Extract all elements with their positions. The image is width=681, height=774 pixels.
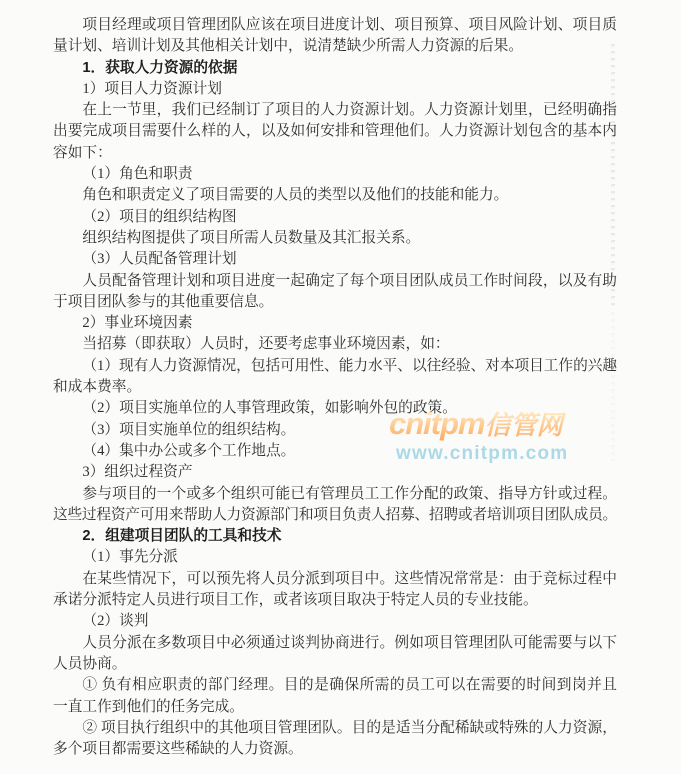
text-line-26: （1）事先分派 <box>53 547 617 568</box>
text-line-16: 当招募（即获取）人员时，还要考虑事业环境因素，如： <box>53 334 617 355</box>
text-line-18: 和成本费率。 <box>53 377 617 398</box>
text-line-27: 在某些情况下，可以预先将人员分派到项目中。这些情况常常是：由于竞标过程中 <box>53 569 617 590</box>
text-line-12: （3）人员配备管理计划 <box>53 249 617 270</box>
text-line-25: 2．组建项目团队的工具和技术 <box>53 526 617 547</box>
text-line-33: 一直工作到他们的任务完成。 <box>53 697 617 718</box>
text-line-5: 在上一节里，我们已经制订了项目的人力资源计划。人力资源计划里，已经明确指 <box>53 100 617 121</box>
text-line-8: （1）角色和职责 <box>53 164 617 185</box>
text-line-14: 于项目团队参与的其他重要信息。 <box>53 292 617 313</box>
text-block: 项目经理或项目管理团队应该在项目进度计划、项目预算、项目风险计划、项目质量计划、… <box>53 15 617 760</box>
text-line-35: 多个项目都需要这些稀缺的人力资源。 <box>53 739 617 760</box>
text-line-11: 组织结构图提供了项目所需人员数量及其汇报关系。 <box>53 228 617 249</box>
text-line-2: 量计划、培训计划及其他相关计划中，说清楚缺少所需人力资源的后果。 <box>53 36 617 57</box>
text-line-30: 人员分派在多数项目中必须通过谈判协商进行。例如项目管理团队可能需要与以下 <box>53 633 617 654</box>
text-line-4: 1）项目人力资源计划 <box>53 79 617 100</box>
text-line-9: 角色和职责定义了项目需要的人员的类型以及他们的技能和能力。 <box>53 185 617 206</box>
text-line-23: 参与项目的一个或多个组织可能已有管理员工工作分配的政策、指导方针或过程。 <box>53 484 617 505</box>
text-line-13: 人员配备管理计划和项目进度一起确定了每个项目团队成员工作时间段，以及有助 <box>53 271 617 292</box>
text-line-15: 2）事业环境因素 <box>53 313 617 334</box>
text-line-29: （2）谈判 <box>53 611 617 632</box>
text-line-22: 3）组织过程资产 <box>53 462 617 483</box>
text-line-34: ② 项目执行组织中的其他项目管理团队。目的是适当分配稀缺或特殊的人力资源， <box>53 718 617 739</box>
text-line-19: （2）项目实施单位的人事管理政策，如影响外包的政策。 <box>53 398 617 419</box>
document-page: 项目经理或项目管理团队应该在项目进度计划、项目预算、项目风险计划、项目质量计划、… <box>0 0 681 774</box>
text-line-32: ① 负有相应职责的部门经理。目的是确保所需的员工可以在需要的时间到岗并且 <box>53 675 617 696</box>
text-line-6: 出要完成项目需要什么样的人，以及如何安排和管理他们。人力资源计划包含的基本内 <box>53 121 617 142</box>
text-line-28: 承诺分派特定人员进行项目工作，或者该项目取决于特定人员的专业技能。 <box>53 590 617 611</box>
text-line-31: 人员协商。 <box>53 654 617 675</box>
text-line-10: （2）项目的组织结构图 <box>53 207 617 228</box>
text-line-20: （3）项目实施单位的组织结构。 <box>53 420 617 441</box>
text-line-7: 容如下： <box>53 143 617 164</box>
text-line-3: 1．获取人力资源的依据 <box>53 58 617 79</box>
text-line-21: （4）集中办公或多个工作地点。 <box>53 441 617 462</box>
text-line-17: （1）现有人力资源情况，包括可用性、能力水平、以往经验、对本项目工作的兴趣 <box>53 356 617 377</box>
text-line-1: 项目经理或项目管理团队应该在项目进度计划、项目预算、项目风险计划、项目质 <box>53 15 617 36</box>
text-line-24: 这些过程资产可用来帮助人力资源部门和项目负责人招募、招聘或者培训项目团队成员。 <box>53 505 617 526</box>
